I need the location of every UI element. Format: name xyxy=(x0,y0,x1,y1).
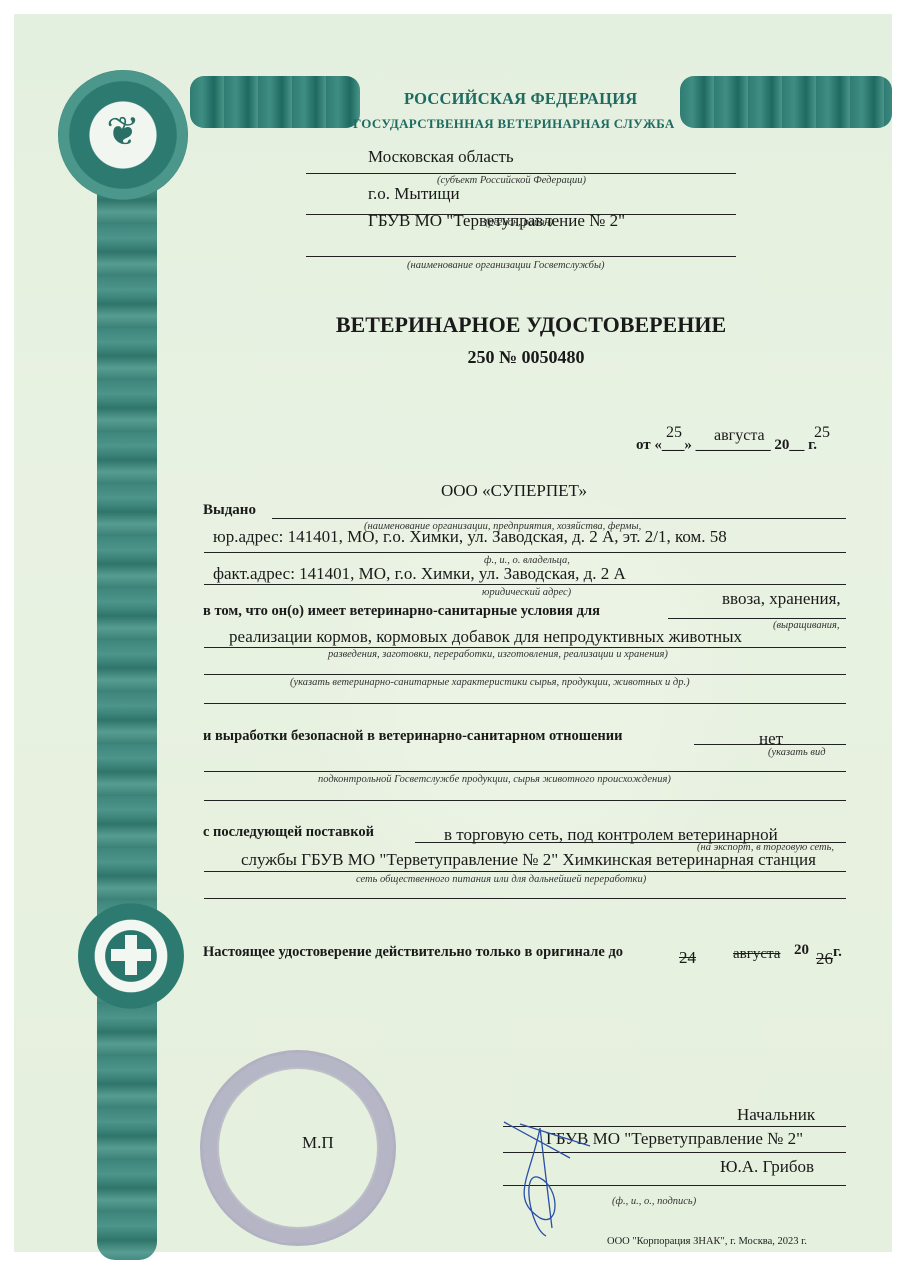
signature xyxy=(500,1118,610,1238)
signatory-position: Начальник xyxy=(737,1105,815,1125)
issue-date-template: от «___» __________ 20__ г. xyxy=(636,437,817,454)
left-border-ornament xyxy=(97,120,157,1260)
double-headed-eagle-icon: ❦ xyxy=(98,101,148,163)
production-line-1 xyxy=(694,744,846,745)
document-number: 250 № 0050480 xyxy=(0,347,906,368)
conditions-line-1 xyxy=(668,618,846,619)
signatory-name: Ю.А. Грибов xyxy=(720,1157,814,1177)
document-title: ВЕТЕРИНАРНОЕ УДОСТОВЕРЕНИЕ xyxy=(0,312,906,338)
validity-month: августа xyxy=(733,946,780,963)
region-line xyxy=(306,173,736,174)
legal-address-line xyxy=(204,552,846,553)
conditions-value-2: реализации кормов, кормовых добавок для … xyxy=(229,627,742,647)
top-border-ornament xyxy=(190,76,360,128)
conditions-line-2 xyxy=(204,647,846,648)
delivery-caption-2: сеть общественного питания или для дальн… xyxy=(356,874,646,885)
production-value: нет xyxy=(759,729,783,749)
legal-address: юр.адрес: 141401, МО, г.о. Химки, ул. За… xyxy=(213,527,727,547)
delivery-line-2 xyxy=(204,871,846,872)
signatory-caption: (ф., и., о., подпись) xyxy=(612,1196,696,1207)
organization-caption: (наименование организации Госветслужбы) xyxy=(407,260,605,271)
validity-label: Настоящее удостоверение действительно то… xyxy=(203,944,623,961)
legal-address-caption: юридический адрес) xyxy=(482,587,571,598)
conditions-line-3 xyxy=(204,674,846,675)
printer-footer: ООО "Корпорация ЗНАК", г. Москва, 2023 г… xyxy=(607,1236,807,1247)
company-line xyxy=(272,518,846,519)
service-heading: ГОСУДАРСТВЕННАЯ ВЕТЕРИНАРНАЯ СЛУЖБА xyxy=(353,116,675,132)
production-line-2 xyxy=(204,771,846,772)
conditions-value-1: ввоза, хранения, xyxy=(722,589,841,609)
actual-address-line xyxy=(204,584,846,585)
organization-line xyxy=(306,256,736,257)
company-name: ООО «СУПЕРПЕТ» xyxy=(441,481,587,501)
validity-day: 24 xyxy=(679,948,696,968)
delivery-value-2: службы ГБУВ МО "Терветуправление № 2" Хи… xyxy=(241,850,816,870)
stamp-label: М.П xyxy=(302,1133,334,1153)
conditions-caption-2: разведения, заготовки, переработки, изго… xyxy=(328,649,668,660)
production-caption-2: подконтрольной Госветслужбе продукции, с… xyxy=(318,774,671,785)
conditions-label: в том, что он(о) имеет ветеринарно-санит… xyxy=(203,603,600,620)
cross-icon xyxy=(115,935,147,975)
issuer-organization: ГБУВ МО "Терветуправление № 2" xyxy=(368,211,625,231)
delivery-label: с последующей поставкой xyxy=(203,824,374,841)
conditions-caption-3: (указать ветеринарно-санитарные характер… xyxy=(290,677,690,688)
issued-to-label: Выдано xyxy=(203,502,256,519)
validity-year: 26 xyxy=(816,949,833,969)
official-stamp xyxy=(200,1050,396,1246)
delivery-line-3 xyxy=(204,898,846,899)
production-caption-1: (указать вид xyxy=(768,747,826,758)
actual-address: факт.адрес: 141401, МО, г.о. Химки, ул. … xyxy=(213,564,626,584)
issuer-region: Московская область xyxy=(368,147,514,167)
top-right-border-ornament xyxy=(680,76,892,128)
conditions-caption-1: (выращивания, xyxy=(773,620,840,631)
validity-century: 20 xyxy=(794,942,809,959)
validity-suffix: г. xyxy=(833,944,842,961)
conditions-line-4 xyxy=(204,703,846,704)
issuer-district: г.о. Мытищи xyxy=(368,184,460,204)
production-line-3 xyxy=(204,800,846,801)
production-label: и выработки безопасной в ветеринарно-сан… xyxy=(203,728,622,745)
country-heading: РОССИЙСКАЯ ФЕДЕРАЦИЯ xyxy=(404,89,637,109)
